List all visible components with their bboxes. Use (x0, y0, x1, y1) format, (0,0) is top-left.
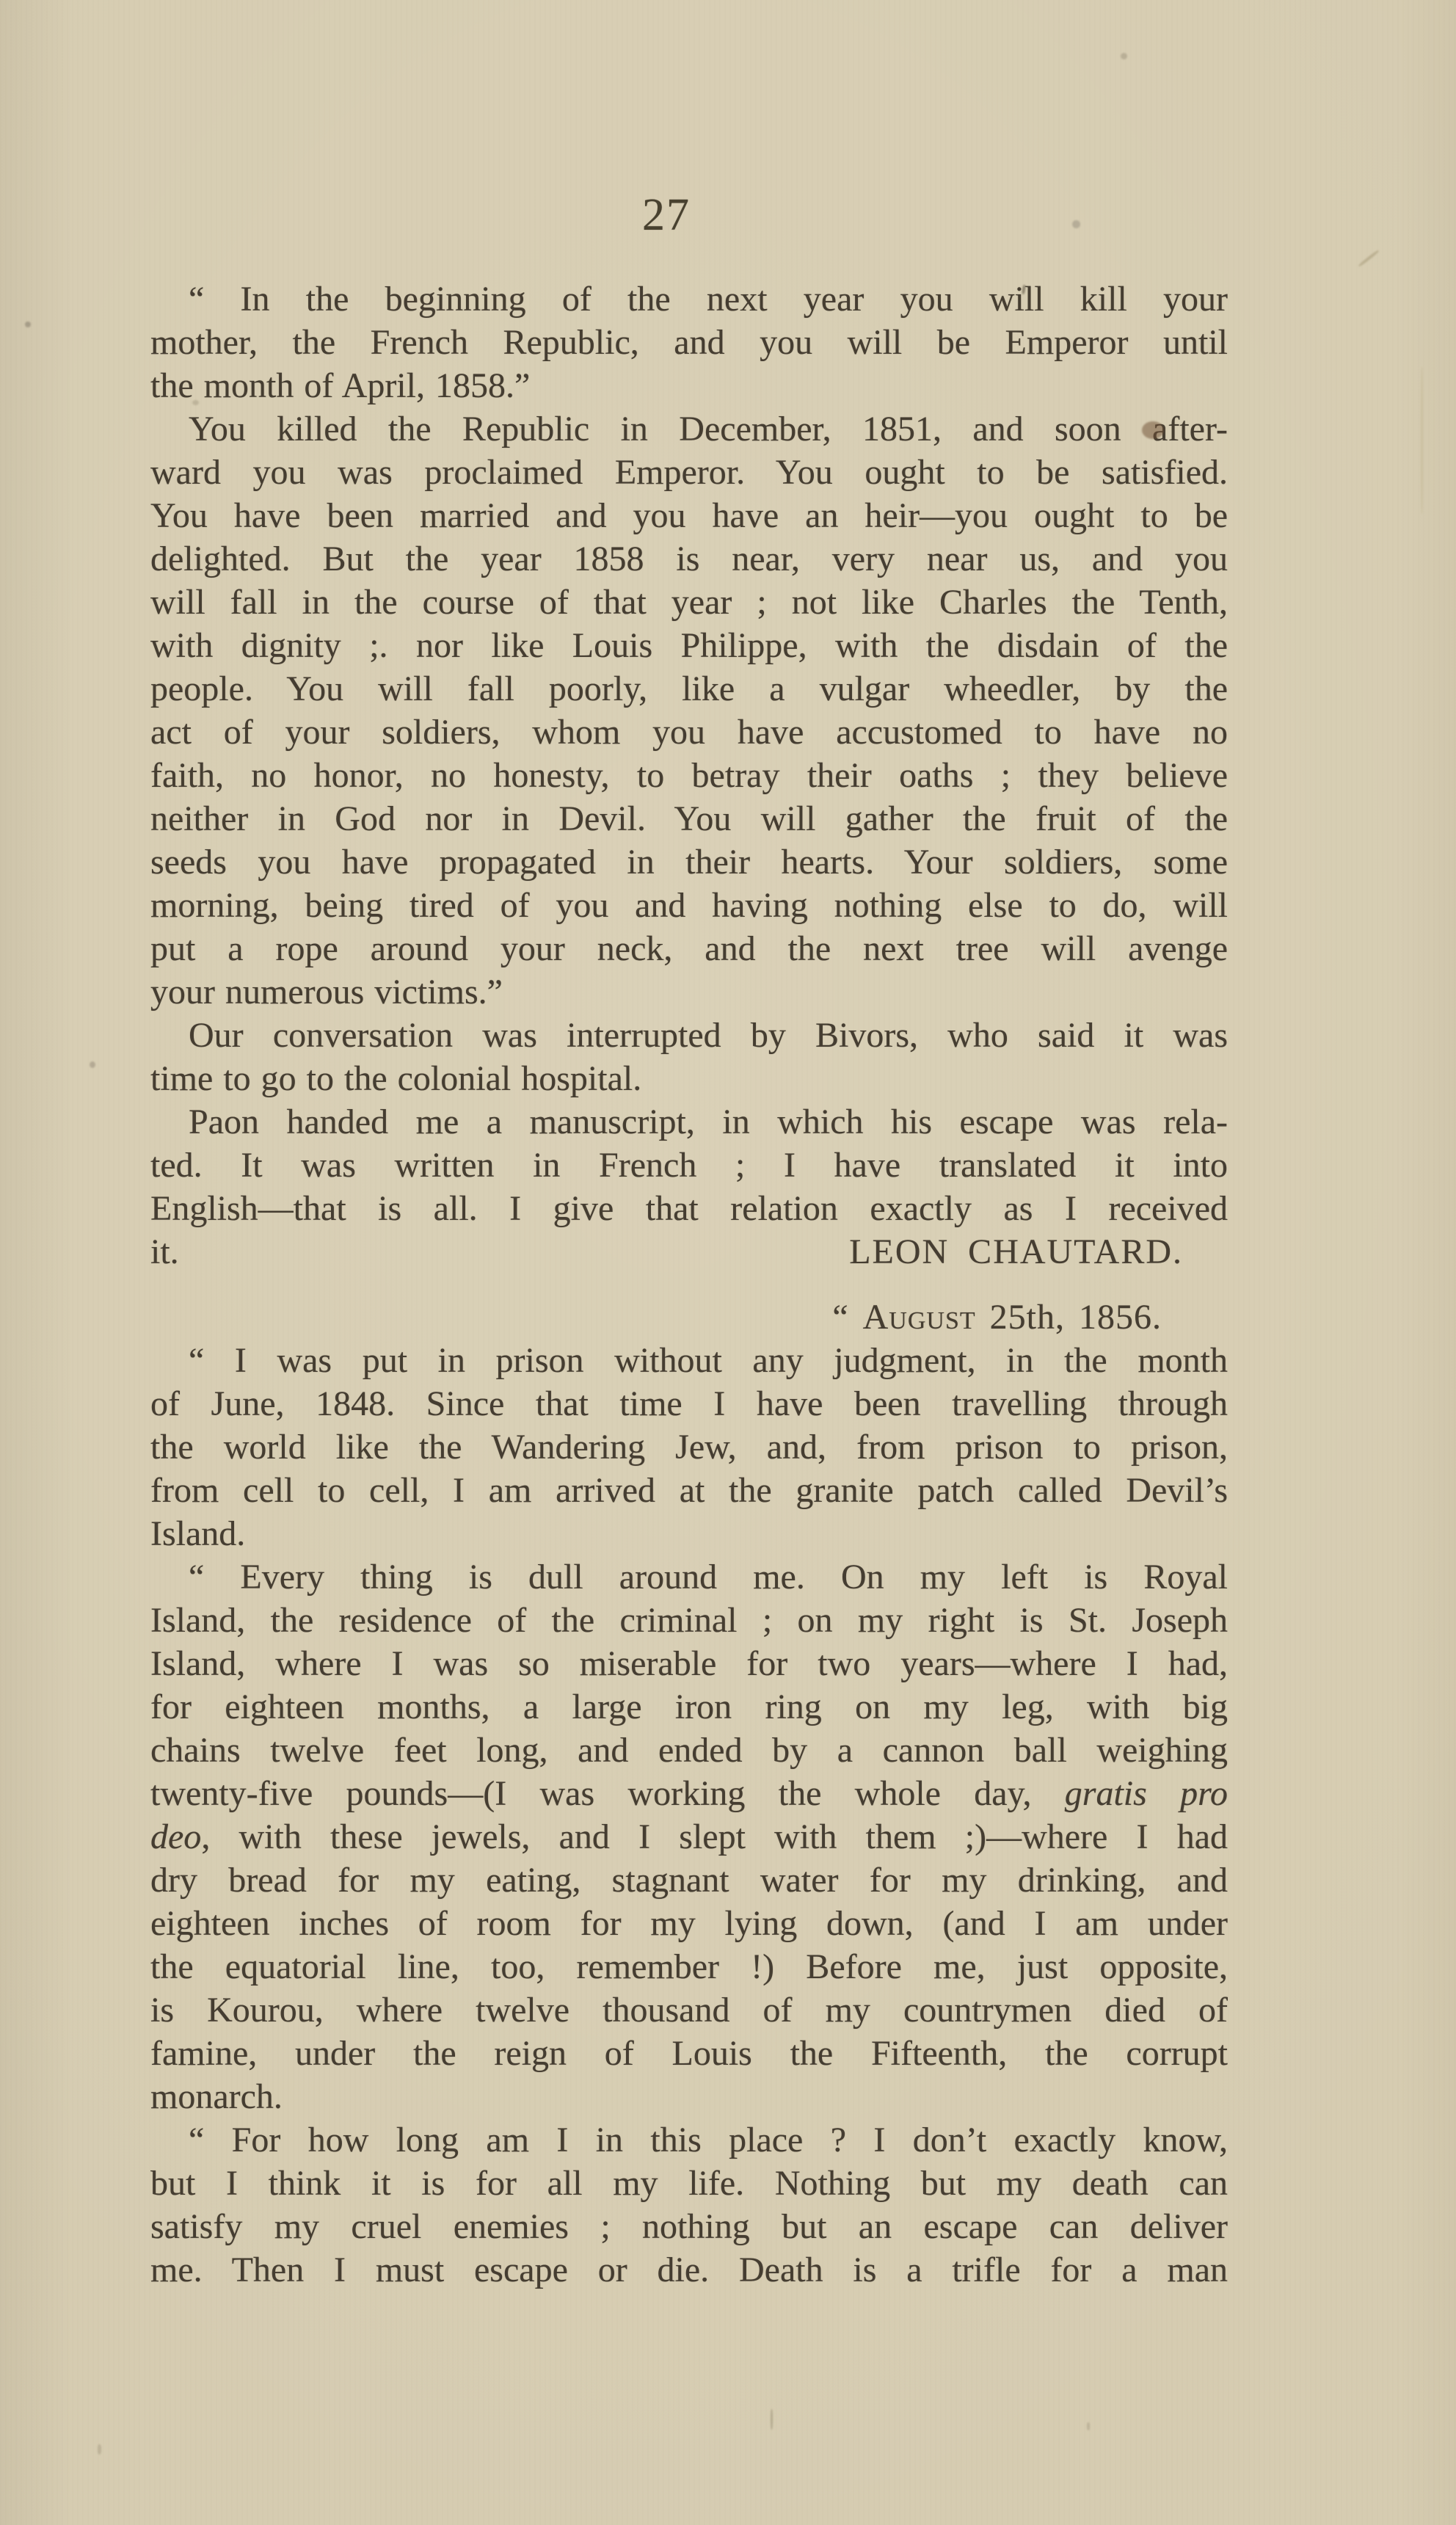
scanned-book-page: 27 “ In the beginning of the next year y… (0, 0, 1456, 2525)
text-line: ward you was proclaimed Emperor. You oug… (150, 451, 1228, 494)
text-segment: Our conversation was interrupted by Bivo… (189, 1016, 1228, 1055)
text-line: faith, no honor, no honesty, to betray t… (150, 754, 1228, 797)
date-line: “ August 25th, 1856. (150, 1296, 1228, 1339)
text-segment: chains twelve feet long, and ended by a … (150, 1731, 1228, 1770)
text-segment: delighted. But the year 1858 is near, ve… (150, 539, 1228, 578)
text-segment: is Kourou, where twelve thousand of my c… (150, 1991, 1228, 2030)
ink-speck (771, 2409, 773, 2430)
text-segment: You have been married and you have an he… (150, 496, 1228, 535)
ink-speck (98, 2444, 101, 2455)
text-segment: the world like the Wandering Jew, and, f… (150, 1428, 1228, 1467)
text-line: eighteen inches of room for my lying dow… (150, 1902, 1228, 1945)
text-line: with dignity ;. nor like Louis Philippe,… (150, 624, 1228, 667)
text-segment: your numerous victims.” (150, 973, 503, 1011)
text-line: act of your soldiers, whom you have accu… (150, 711, 1228, 754)
text-line: the equatorial line, too, remember !) Be… (150, 1945, 1228, 1988)
text-segment: morning, being tired of you and having n… (150, 886, 1228, 925)
text-segment: but I think it is for all my life. Nothi… (150, 2164, 1228, 2203)
text-segment: for eighteen months, a large iron ring o… (150, 1687, 1228, 1726)
text-segment: will fall in the course of that year ; n… (150, 583, 1228, 622)
text-line: satisfy my cruel enemies ; nothing but a… (150, 2205, 1228, 2248)
text-line: ted. It was written in French ; I have t… (150, 1144, 1228, 1187)
text-line: Paon handed me a manuscript, in which hi… (150, 1100, 1228, 1144)
text-line: “ Every thing is dull around me. On my l… (150, 1555, 1228, 1599)
text-segment: 25th, 1856. (976, 1298, 1162, 1337)
text-segment: seeds you have propagated in their heart… (150, 843, 1228, 882)
page-text-block: “ In the beginning of the next year you … (150, 277, 1228, 2292)
italic-text: deo (150, 1817, 201, 1856)
text-line: put a rope around your neck, and the nex… (150, 927, 1228, 970)
text-segment: “ For how long am I in this place ? I do… (189, 2121, 1228, 2159)
text-segment: put a rope around your neck, and the nex… (150, 929, 1228, 968)
text-segment: time to go to the colonial hospital. (150, 1059, 641, 1098)
ink-speck (1142, 421, 1164, 439)
text-line: monarch. (150, 2075, 1228, 2118)
text-segment: monarch. (150, 2077, 283, 2116)
text-line: the month of April, 1858.” (150, 364, 1228, 407)
text-line: me. Then I must escape or die. Death is … (150, 2248, 1228, 2292)
text-line: Island. (150, 1512, 1228, 1555)
text-segment: with dignity ;. nor like Louis Philippe,… (150, 626, 1228, 665)
paragraph-prophecy-quote: “ In the beginning of the next year you … (150, 277, 1228, 407)
text-segment: twenty-five pounds—(I was working the wh… (150, 1774, 1065, 1813)
text-line: but I think it is for all my life. Nothi… (150, 2162, 1228, 2205)
page-number: 27 (128, 192, 1205, 238)
text-segment: English—that is all. I give that relatio… (150, 1189, 1228, 1228)
paragraph-you-killed-the-republic: You killed the Republic in December, 185… (150, 407, 1228, 1014)
author-signature: LEON CHAUTARD. (849, 1230, 1183, 1274)
text-line: dry bread for my eating, stagnant water … (150, 1859, 1228, 1902)
paragraph-date-line: “ August 25th, 1856. (150, 1296, 1228, 1339)
text-line: chains twelve feet long, and ended by a … (150, 1729, 1228, 1772)
text-line: delighted. But the year 1858 is near, ve… (150, 537, 1228, 581)
paragraph-put-in-prison: “ I was put in prison without any judgme… (150, 1339, 1228, 1555)
text-line: Our conversation was interrupted by Bivo… (150, 1014, 1228, 1057)
paragraph-conversation-interrupted: Our conversation was interrupted by Bivo… (150, 1014, 1228, 1100)
text-line: Island, where I was so miserable for two… (150, 1642, 1228, 1685)
text-line: for eighteen months, a large iron ring o… (150, 1685, 1228, 1729)
italic-text: gratis pro (1065, 1774, 1228, 1813)
paragraph-paon-manuscript: Paon handed me a manuscript, in which hi… (150, 1100, 1228, 1274)
text-segment: the month of April, 1858.” (150, 366, 530, 405)
text-line: is Kourou, where twelve thousand of my c… (150, 1988, 1228, 2032)
text-line: Island, the residence of the criminal ; … (150, 1599, 1228, 1642)
text-segment: “ In the beginning of the next year you … (189, 280, 1228, 319)
text-line: mother, the French Republic, and you wil… (150, 321, 1228, 364)
text-line: the world like the Wandering Jew, and, f… (150, 1425, 1228, 1469)
text-line: morning, being tired of you and having n… (150, 884, 1228, 927)
text-segment: Island, where I was so miserable for two… (150, 1644, 1228, 1683)
smallcaps-text: August (863, 1298, 976, 1337)
text-line: deo, with these jewels, and I slept with… (150, 1815, 1228, 1859)
text-segment: Island, the residence of the criminal ; … (150, 1601, 1228, 1640)
text-segment: neither in God nor in Devil. You will ga… (150, 799, 1228, 838)
signature-line-left: it. (150, 1230, 179, 1274)
text-segment: faith, no honor, no honesty, to betray t… (150, 756, 1228, 795)
ink-speck (90, 1061, 95, 1068)
text-segment: eighteen inches of room for my lying dow… (150, 1904, 1228, 1943)
text-segment: from cell to cell, I am arrived at the g… (150, 1471, 1228, 1510)
ink-speck (1121, 53, 1127, 59)
paragraph-for-how-long: “ For how long am I in this place ? I do… (150, 2118, 1228, 2292)
text-line: people. You will fall poorly, like a vul… (150, 667, 1228, 711)
text-segment: ward you was proclaimed Emperor. You oug… (150, 453, 1228, 492)
text-line: of June, 1848. Since that time I have be… (150, 1382, 1228, 1425)
ink-speck (25, 321, 31, 327)
text-segment: You killed the Republic in December, 185… (189, 410, 1228, 448)
ink-speck (1421, 367, 1423, 514)
ink-speck (1087, 2422, 1090, 2430)
text-line: time to go to the colonial hospital. (150, 1057, 1228, 1100)
text-line: from cell to cell, I am arrived at the g… (150, 1469, 1228, 1512)
text-line: English—that is all. I give that relatio… (150, 1187, 1228, 1230)
text-segment: me. Then I must escape or die. Death is … (150, 2250, 1228, 2289)
text-segment: the equatorial line, too, remember !) Be… (150, 1947, 1228, 1986)
text-segment: Paon handed me a manuscript, in which hi… (189, 1102, 1228, 1141)
text-line: famine, under the reign of Louis the Fif… (150, 2032, 1228, 2075)
text-segment: dry bread for my eating, stagnant water … (150, 1861, 1228, 1900)
text-segment: of June, 1848. Since that time I have be… (150, 1384, 1228, 1423)
text-line: You killed the Republic in December, 185… (150, 407, 1228, 451)
text-segment: famine, under the reign of Louis the Fif… (150, 2034, 1228, 2073)
ink-speck (1358, 250, 1379, 267)
text-segment: act of your soldiers, whom you have accu… (150, 713, 1228, 752)
paragraph-every-thing-is-dull: “ Every thing is dull around me. On my l… (150, 1555, 1228, 2118)
text-segment: “ I was put in prison without any judgme… (189, 1341, 1228, 1380)
ink-speck (1072, 220, 1080, 228)
text-line: “ I was put in prison without any judgme… (150, 1339, 1228, 1382)
text-segment: ted. It was written in French ; I have t… (150, 1146, 1228, 1185)
ink-speck (192, 400, 199, 405)
text-line: your numerous victims.” (150, 970, 1228, 1014)
text-line: “ In the beginning of the next year you … (150, 277, 1228, 321)
signature-line: it.LEON CHAUTARD. (150, 1230, 1228, 1274)
text-segment: “ Every thing is dull around me. On my l… (189, 1558, 1228, 1596)
text-line: You have been married and you have an he… (150, 494, 1228, 537)
text-segment: Island. (150, 1514, 245, 1553)
text-line: neither in God nor in Devil. You will ga… (150, 797, 1228, 840)
text-line: twenty-five pounds—(I was working the wh… (150, 1772, 1228, 1815)
text-segment: mother, the French Republic, and you wil… (150, 323, 1228, 362)
text-segment: , with these jewels, and I slept with th… (201, 1817, 1228, 1856)
text-line: “ For how long am I in this place ? I do… (150, 2118, 1228, 2162)
text-line: seeds you have propagated in their heart… (150, 840, 1228, 884)
text-line: will fall in the course of that year ; n… (150, 581, 1228, 624)
text-segment: satisfy my cruel enemies ; nothing but a… (150, 2207, 1228, 2246)
text-segment: people. You will fall poorly, like a vul… (150, 669, 1228, 708)
text-segment: “ (832, 1298, 862, 1337)
